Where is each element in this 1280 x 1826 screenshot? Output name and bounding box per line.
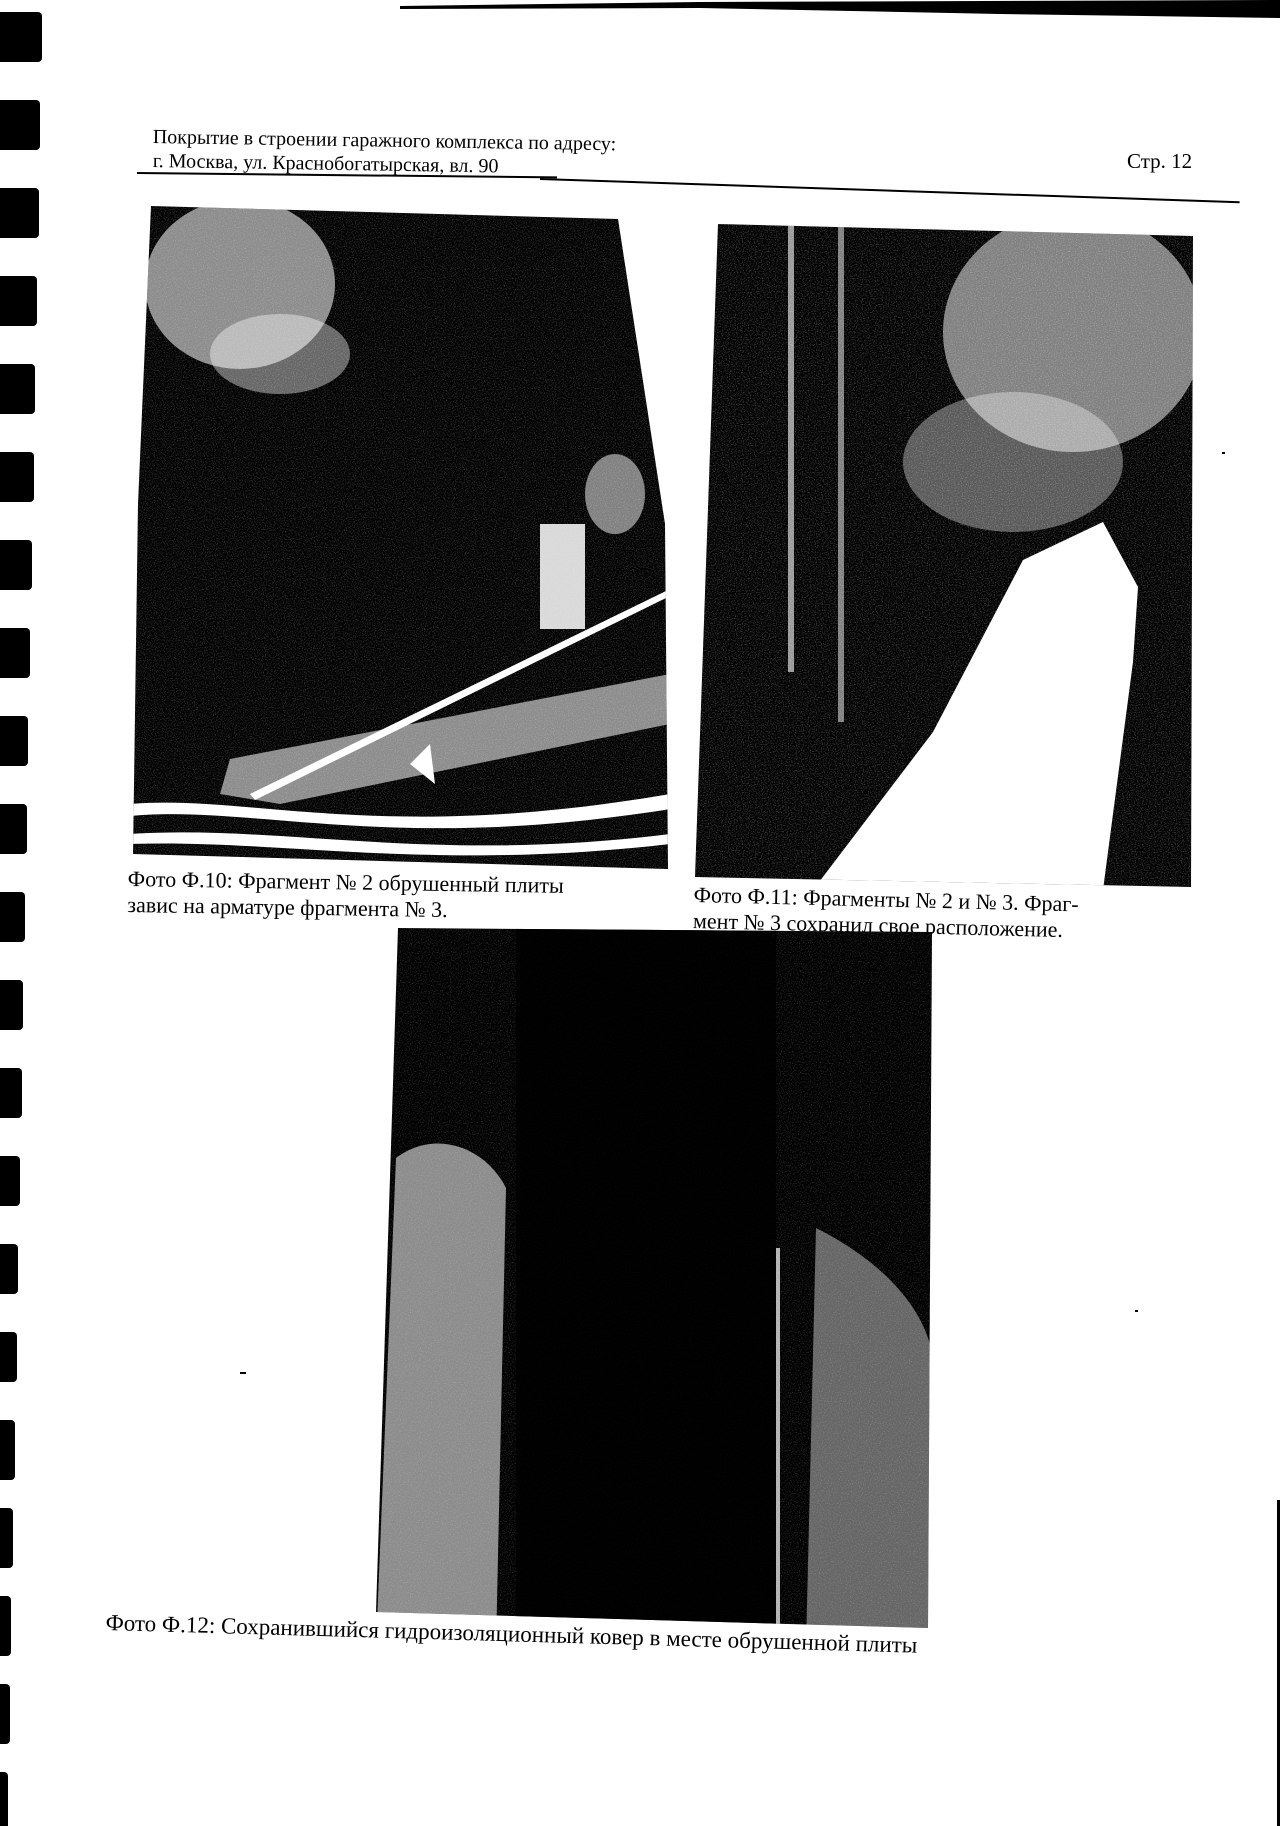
binder-hole xyxy=(0,188,39,238)
binder-hole xyxy=(0,12,42,62)
photo-f10 xyxy=(130,204,670,870)
binder-hole xyxy=(0,1156,20,1206)
photo-f10-caption: Фото Ф.10: Фрагмент № 2 обрушенный плиты… xyxy=(127,866,564,925)
scan-speck xyxy=(1222,452,1225,454)
binder-hole xyxy=(0,452,34,502)
binder-hole xyxy=(0,804,27,854)
binder-hole xyxy=(0,1684,10,1744)
scan-speck xyxy=(1135,1310,1138,1312)
binder-hole xyxy=(0,628,30,678)
binder-hole xyxy=(0,1596,11,1656)
scan-edge-band xyxy=(400,0,1280,20)
scan-speck xyxy=(240,1372,246,1374)
binder-hole xyxy=(0,364,35,414)
binder-hole xyxy=(0,276,37,326)
photo-f11 xyxy=(693,222,1195,890)
binder-hole xyxy=(0,1772,8,1826)
binder-hole xyxy=(0,1420,15,1480)
binder-hole xyxy=(0,1332,17,1382)
binder-hole xyxy=(0,100,40,150)
binder-hole xyxy=(0,1068,22,1118)
binder-hole xyxy=(0,716,28,766)
photo-f12 xyxy=(376,928,936,1650)
binder-hole xyxy=(0,892,25,942)
binder-hole xyxy=(0,1508,13,1568)
photo-f11-image xyxy=(693,222,1195,890)
photo-f10-image xyxy=(130,204,670,870)
page-number: Стр. 12 xyxy=(1127,150,1192,172)
binder-hole xyxy=(0,1244,18,1294)
binder-hole xyxy=(0,540,32,590)
header-rule-right xyxy=(540,178,1240,203)
binder-hole xyxy=(0,980,23,1030)
photo-f12-image xyxy=(376,928,936,1650)
